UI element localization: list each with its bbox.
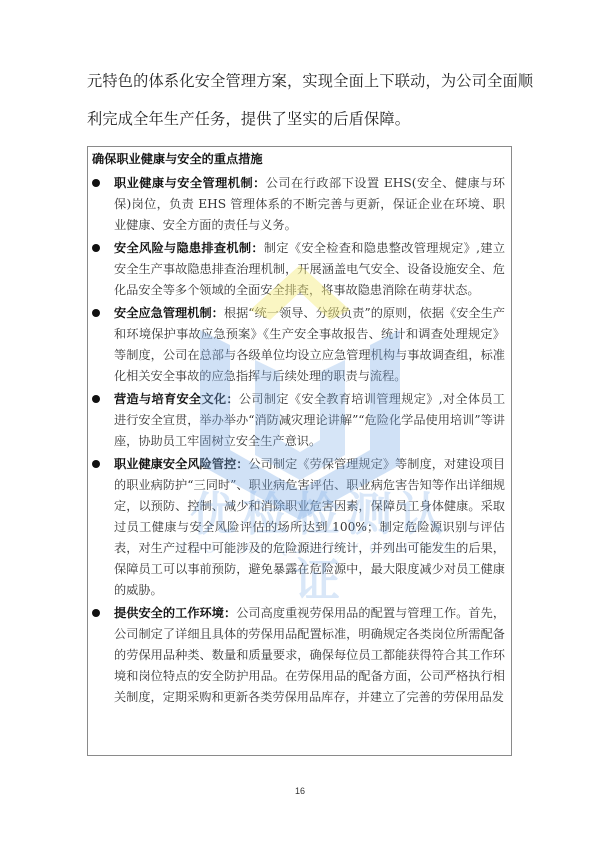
item-body: 公司高度重视劳保用品的配置与管理工作。首先，公司制定了详细且具体的劳保用品配置标… xyxy=(114,606,505,704)
item-heading: 营造与培育安全文化： xyxy=(114,392,239,406)
list-item: 安全应急管理机制：根据“统一领导、分级负责”的原则，依据《安全生产和环境保护事故… xyxy=(88,303,513,387)
bullet-icon xyxy=(92,395,100,403)
intro-line: 利完成全年生产任务，提供了坚实的后盾保障。 xyxy=(87,100,517,138)
bullet-icon xyxy=(92,244,100,252)
item-heading: 职业健康与安全管理机制： xyxy=(114,176,266,190)
bullet-icon xyxy=(92,309,100,317)
list-item: 职业健康安全风险管控：公司制定《劳保管理规定》等制度，对建设项目的职业病防护“三… xyxy=(88,454,513,601)
list-item: 营造与培育安全文化：公司制定《安全教育培训管理规定》,对全体员工进行安全宣贯，举… xyxy=(88,389,513,452)
bullet-icon xyxy=(92,609,100,617)
list-item: 提供安全的工作环境：公司高度重视劳保用品的配置与管理工作。首先，公司制定了详细且… xyxy=(88,603,513,708)
item-heading: 安全风险与隐患排查机制： xyxy=(114,241,264,255)
intro-paragraph: 元特色的体系化安全管理方案，实现全面上下联动，为公司全面顺 利完成全年生产任务，… xyxy=(87,62,517,138)
bullet-icon xyxy=(92,179,100,187)
item-body: 公司制定《劳保管理规定》等制度，对建设项目的职业病防护“三同时”、职业病危害评估… xyxy=(114,457,505,597)
list-item: 职业健康与安全管理机制：公司在行政部下设置 EHS(安全、健康与环保)岗位，负责… xyxy=(88,173,513,236)
list-item: 安全风险与隐患排查机制：制定《安全检查和隐患整改管理规定》,建立安全生产事故隐患… xyxy=(88,238,513,301)
item-heading: 职业健康安全风险管控： xyxy=(114,457,248,471)
document-page: 元特色的体系化安全管理方案，实现全面上下联动，为公司全面顺 利完成全年生产任务，… xyxy=(0,0,600,849)
page-number: 16 xyxy=(0,786,600,796)
intro-line: 元特色的体系化安全管理方案，实现全面上下联动，为公司全面顺 xyxy=(87,62,517,100)
item-heading: 安全应急管理机制： xyxy=(114,306,224,320)
box-title: 确保职业健康与安全的重点措施 xyxy=(92,150,263,167)
bullet-icon xyxy=(92,460,100,468)
measures-list: 职业健康与安全管理机制：公司在行政部下设置 EHS(安全、健康与环保)岗位，负责… xyxy=(88,173,513,710)
item-heading: 提供安全的工作环境： xyxy=(114,606,236,620)
measures-box: 确保职业健康与安全的重点措施 职业健康与安全管理机制：公司在行政部下设置 EHS… xyxy=(87,146,512,756)
